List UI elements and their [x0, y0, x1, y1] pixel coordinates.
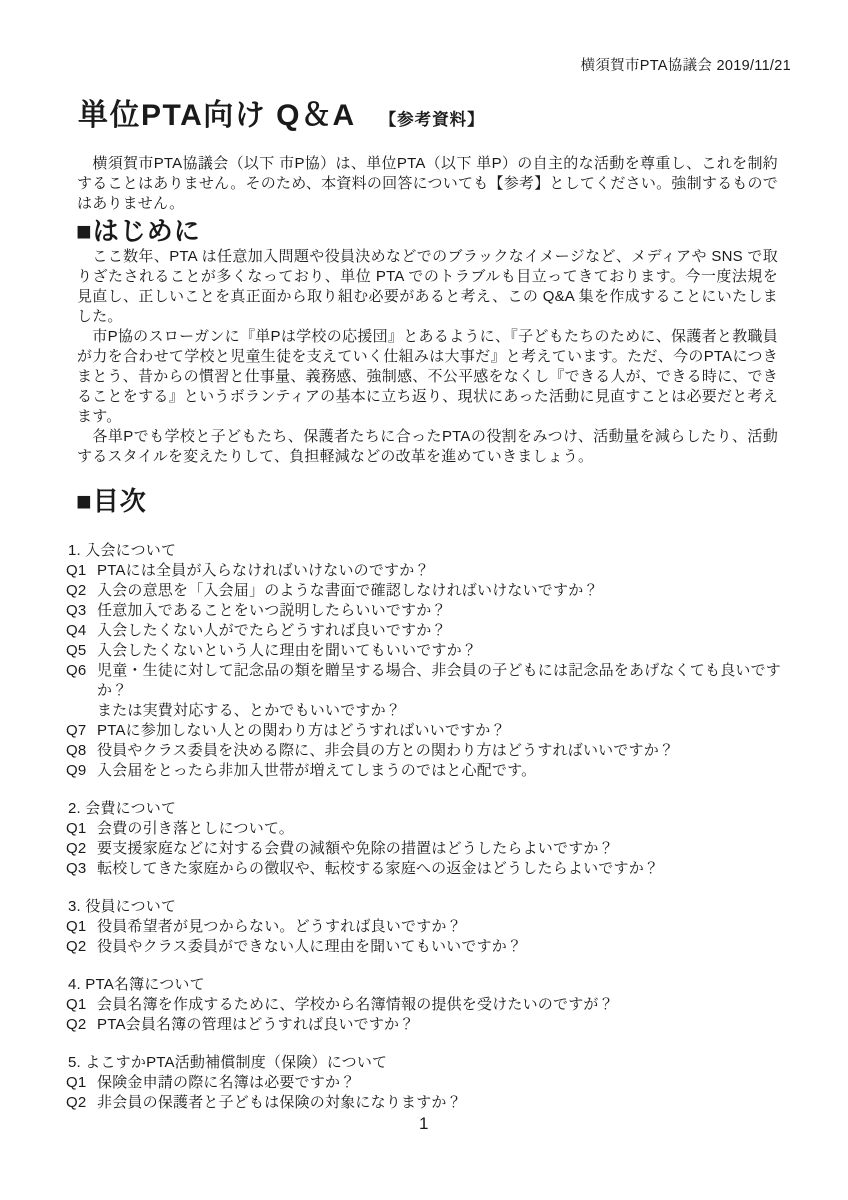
- toc-item: Q3任意加入であることをいつ説明したらいいですか？: [66, 601, 782, 621]
- toc-item-text-line: 役員やクラス委員を決める際に、非会員の方との関わり方はどうすればいいですか？: [97, 742, 674, 759]
- toc-item-text: PTA会員名簿の管理はどうすれば良いですか？: [97, 1015, 782, 1035]
- body-paragraph: 市P協のスローガンに『単Pは学校の応援団』とあるように、『子どもたちのために、保…: [77, 327, 778, 427]
- section-heading-hajimeni: ■はじめに: [76, 215, 201, 247]
- toc-item-text-line: 任意加入であることをいつ説明したらいいですか？: [97, 602, 447, 619]
- toc-item-text: PTAには全員が入らなければいけないのですか？: [97, 561, 782, 581]
- toc-item-text: 入会したくないという人に理由を聞いてもいいですか？: [97, 641, 782, 661]
- toc-item-text: PTAに参加しない人との関わり方はどうすればいいですか？: [97, 721, 782, 741]
- toc-item-text-line: 入会届をとったら非加入世帯が増えてしまうのではと心配です。: [97, 762, 536, 779]
- doc-title: 単位PTA向け Q＆A: [78, 96, 356, 136]
- toc-item-text-line: 役員やクラス委員ができない人に理由を聞いてもいいですか？: [97, 938, 522, 955]
- toc-item-label: Q1: [66, 1073, 97, 1093]
- toc-item-text: 任意加入であることをいつ説明したらいいですか？: [97, 601, 782, 621]
- toc-item-text: 要支援家庭などに対する会費の減額や免除の措置はどうしたらよいですか？: [97, 839, 782, 859]
- toc-item: Q1会費の引き落としについて。: [66, 819, 782, 839]
- toc-item-label: Q2: [66, 1015, 97, 1035]
- hajimeni-paragraph-block-2: 市P協のスローガンに『単Pは学校の応援団』とあるように、『子どもたちのために、保…: [77, 327, 778, 467]
- toc-item: Q4入会したくない人がでたらどうすれば良いですか？: [66, 621, 782, 641]
- toc-item-text: 役員やクラス委員を決める際に、非会員の方との関わり方はどうすればいいですか？: [97, 741, 782, 761]
- toc-item-text-line: PTAには全員が入らなければいけないのですか？: [97, 562, 430, 579]
- toc-group: 1. 入会についてQ1PTAには全員が入らなければいけないのですか？Q2入会の意…: [66, 541, 782, 781]
- toc-item-label: Q5: [66, 641, 97, 661]
- toc-item-text-line: 会費の引き落としについて。: [97, 820, 294, 837]
- toc-item-text: 児童・生徒に対して記念品の類を贈呈する場合、非会員の子どもには記念品をあげなくて…: [97, 661, 782, 721]
- hajimeni-paragraph-block-1: ここ数年、PTA は任意加入問題や役員決めなどでのブラックなイメージなど、メディ…: [77, 247, 778, 327]
- title-row: 単位PTA向け Q＆A 【参考資料】: [78, 96, 485, 136]
- toc-item: Q2入会の意思を「入会届」のような書面で確認しなければいけないですか？: [66, 581, 782, 601]
- toc-item-label: Q6: [66, 661, 97, 681]
- toc-item-label: Q1: [66, 561, 97, 581]
- toc-item: Q5入会したくないという人に理由を聞いてもいいですか？: [66, 641, 782, 661]
- toc-item-label: Q2: [66, 839, 97, 859]
- toc-item-text: 役員やクラス委員ができない人に理由を聞いてもいいですか？: [97, 937, 782, 957]
- toc-item-text: 入会したくない人がでたらどうすれば良いですか？: [97, 621, 782, 641]
- toc: 1. 入会についてQ1PTAには全員が入らなければいけないのですか？Q2入会の意…: [66, 541, 782, 1113]
- toc-item-label: Q1: [66, 995, 97, 1015]
- toc-group: 3. 役員についてQ1役員希望者が見つからない。どうすれば良いですか？Q2役員や…: [66, 897, 782, 957]
- toc-item-label: Q9: [66, 761, 97, 781]
- document-page: 横須賀市PTA協議会 2019/11/21 単位PTA向け Q＆A 【参考資料】…: [0, 0, 848, 1200]
- toc-item-text-line: 会員名簿を作成するために、学校から名簿情報の提供を受けたいのですが？: [97, 996, 614, 1013]
- toc-item-text-line: 非会員の保護者と子どもは保険の対象になりますか？: [97, 1094, 462, 1111]
- page-number: 1: [0, 1114, 848, 1134]
- doc-title-note: 【参考資料】: [380, 106, 485, 130]
- toc-item: Q1役員希望者が見つからない。どうすれば良いですか？: [66, 917, 782, 937]
- toc-item-text: 保険金申請の際に名簿は必要ですか？: [97, 1073, 782, 1093]
- toc-item: Q2非会員の保護者と子どもは保険の対象になりますか？: [66, 1093, 782, 1113]
- toc-item-label: Q1: [66, 917, 97, 937]
- toc-item-text-line: 入会したくない人がでたらどうすれば良いですか？: [97, 622, 447, 639]
- toc-group-title: 3. 役員について: [66, 897, 782, 917]
- toc-item-label: Q2: [66, 581, 97, 601]
- toc-item: Q8役員やクラス委員を決める際に、非会員の方との関わり方はどうすればいいですか？: [66, 741, 782, 761]
- toc-item-text-line: 転校してきた家庭からの徴収や、転校する家庭への返金はどうしたらよいですか？: [97, 860, 659, 877]
- toc-item: Q7PTAに参加しない人との関わり方はどうすればいいですか？: [66, 721, 782, 741]
- toc-group-title: 4. PTA名簿について: [66, 975, 782, 995]
- toc-item-text: 会費の引き落としについて。: [97, 819, 782, 839]
- toc-item-label: Q2: [66, 937, 97, 957]
- intro-paragraph: 横須賀市PTA協議会（以下 市P協）は、単位PTA（以下 単P）の自主的な活動を…: [77, 154, 778, 214]
- section-heading-mokuji: ■目次: [76, 485, 147, 517]
- toc-item: Q6児童・生徒に対して記念品の類を贈呈する場合、非会員の子どもには記念品をあげな…: [66, 661, 782, 721]
- toc-item: Q1保険金申請の際に名簿は必要ですか？: [66, 1073, 782, 1093]
- toc-item-text-line: 児童・生徒に対して記念品の類を贈呈する場合、非会員の子どもには記念品をあげなくて…: [97, 662, 781, 699]
- toc-item-text: 転校してきた家庭からの徴収や、転校する家庭への返金はどうしたらよいですか？: [97, 859, 782, 879]
- toc-group-title: 2. 会費について: [66, 799, 782, 819]
- toc-item-text-line: 入会したくないという人に理由を聞いてもいいですか？: [97, 642, 477, 659]
- toc-item: Q9入会届をとったら非加入世帯が増えてしまうのではと心配です。: [66, 761, 782, 781]
- toc-item-text-continuation: または実費対応する、とかでもいいですか？: [97, 701, 782, 721]
- toc-group: 4. PTA名簿についてQ1会員名簿を作成するために、学校から名簿情報の提供を受…: [66, 975, 782, 1035]
- toc-item-text-line: 保険金申請の際に名簿は必要ですか？: [97, 1074, 355, 1091]
- toc-item: Q2PTA会員名簿の管理はどうすれば良いですか？: [66, 1015, 782, 1035]
- toc-item-label: Q2: [66, 1093, 97, 1113]
- toc-item-text-line: 要支援家庭などに対する会費の減額や免除の措置はどうしたらよいですか？: [97, 840, 614, 857]
- toc-item-text: 役員希望者が見つからない。どうすれば良いですか？: [97, 917, 782, 937]
- toc-group-title: 5. よこすかPTA活動補償制度（保険）について: [66, 1053, 782, 1073]
- toc-item-label: Q3: [66, 601, 97, 621]
- body-paragraph: 各単Pでも学校と子どもたち、保護者たちに合ったPTAの役割をみつけ、活動量を減ら…: [77, 427, 778, 467]
- toc-group: 2. 会費についてQ1会費の引き落としについて。Q2要支援家庭などに対する会費の…: [66, 799, 782, 879]
- toc-item: Q1PTAには全員が入らなければいけないのですか？: [66, 561, 782, 581]
- toc-item-text-line: PTA会員名簿の管理はどうすれば良いですか？: [97, 1016, 414, 1033]
- toc-item-text: 非会員の保護者と子どもは保険の対象になりますか？: [97, 1093, 782, 1113]
- toc-item-label: Q8: [66, 741, 97, 761]
- toc-item-label: Q4: [66, 621, 97, 641]
- toc-group: 5. よこすかPTA活動補償制度（保険）についてQ1保険金申請の際に名簿は必要で…: [66, 1053, 782, 1113]
- header-org-date: 横須賀市PTA協議会 2019/11/21: [581, 54, 791, 75]
- toc-item-text: 入会の意思を「入会届」のような書面で確認しなければいけないですか？: [97, 581, 782, 601]
- toc-item: Q1会員名簿を作成するために、学校から名簿情報の提供を受けたいのですが？: [66, 995, 782, 1015]
- toc-item-text-line: PTAに参加しない人との関わり方はどうすればいいですか？: [97, 722, 506, 739]
- toc-item-text-line: 入会の意思を「入会届」のような書面で確認しなければいけないですか？: [97, 582, 599, 599]
- toc-group-title: 1. 入会について: [66, 541, 782, 561]
- toc-item-label: Q1: [66, 819, 97, 839]
- toc-item-label: Q3: [66, 859, 97, 879]
- toc-item-text: 入会届をとったら非加入世帯が増えてしまうのではと心配です。: [97, 761, 782, 781]
- toc-item-text-line: 役員希望者が見つからない。どうすれば良いですか？: [97, 918, 462, 935]
- toc-item-label: Q7: [66, 721, 97, 741]
- toc-item: Q2役員やクラス委員ができない人に理由を聞いてもいいですか？: [66, 937, 782, 957]
- toc-item: Q3転校してきた家庭からの徴収や、転校する家庭への返金はどうしたらよいですか？: [66, 859, 782, 879]
- toc-item-text: 会員名簿を作成するために、学校から名簿情報の提供を受けたいのですが？: [97, 995, 782, 1015]
- body-paragraph: ここ数年、PTA は任意加入問題や役員決めなどでのブラックなイメージなど、メディ…: [77, 247, 778, 327]
- toc-item: Q2要支援家庭などに対する会費の減額や免除の措置はどうしたらよいですか？: [66, 839, 782, 859]
